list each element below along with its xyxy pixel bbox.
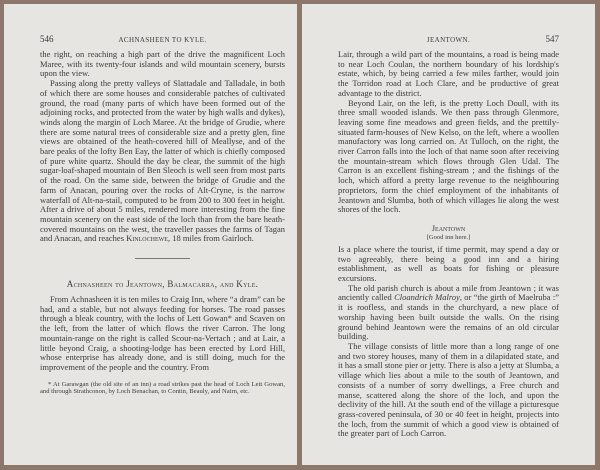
right-page: 000 JEANTOWN. 547 Lair, through a wild p… xyxy=(302,4,595,465)
paragraph: the right, on reaching a high part of th… xyxy=(40,50,285,79)
left-page: 546 ACHNASHEEN TO KYLE. 000 the right, o… xyxy=(4,4,297,465)
running-head: 000 JEANTOWN. 547 xyxy=(338,34,559,44)
italic-name: Cloandrich Malroy xyxy=(394,292,460,302)
paragraph: Is a place where the tourist, if time pe… xyxy=(338,245,559,284)
page-number: 547 xyxy=(546,34,560,44)
paragraph: Passing along the pretty valleys of Slat… xyxy=(40,79,285,244)
paragraph: Lair, through a wild part of the mountai… xyxy=(338,50,559,99)
running-title: ACHNASHEEN TO KYLE. xyxy=(54,36,272,44)
subheading: Jeantown xyxy=(338,223,559,233)
paragraph: The old parish church is about a mile fr… xyxy=(338,284,559,342)
section-heading: Achnasheen to Jeantown, Balmacarra, and … xyxy=(40,279,285,289)
footnote: * At Garawgan (the old site of an inn) a… xyxy=(40,381,285,396)
running-title: JEANTOWN. xyxy=(352,36,546,44)
paragraph: From Achnasheen it is ten miles to Craig… xyxy=(40,295,285,373)
paragraph: Beyond Lair, on the left, is the pretty … xyxy=(338,99,559,215)
paragraph: The village consists of little more than… xyxy=(338,342,559,439)
subheading-note: [Good inn here.] xyxy=(338,234,559,241)
place-name: Kinlochewe xyxy=(126,233,168,243)
section-divider xyxy=(135,258,190,259)
page-number: 546 xyxy=(40,34,54,44)
running-head: 546 ACHNASHEEN TO KYLE. 000 xyxy=(40,34,285,44)
